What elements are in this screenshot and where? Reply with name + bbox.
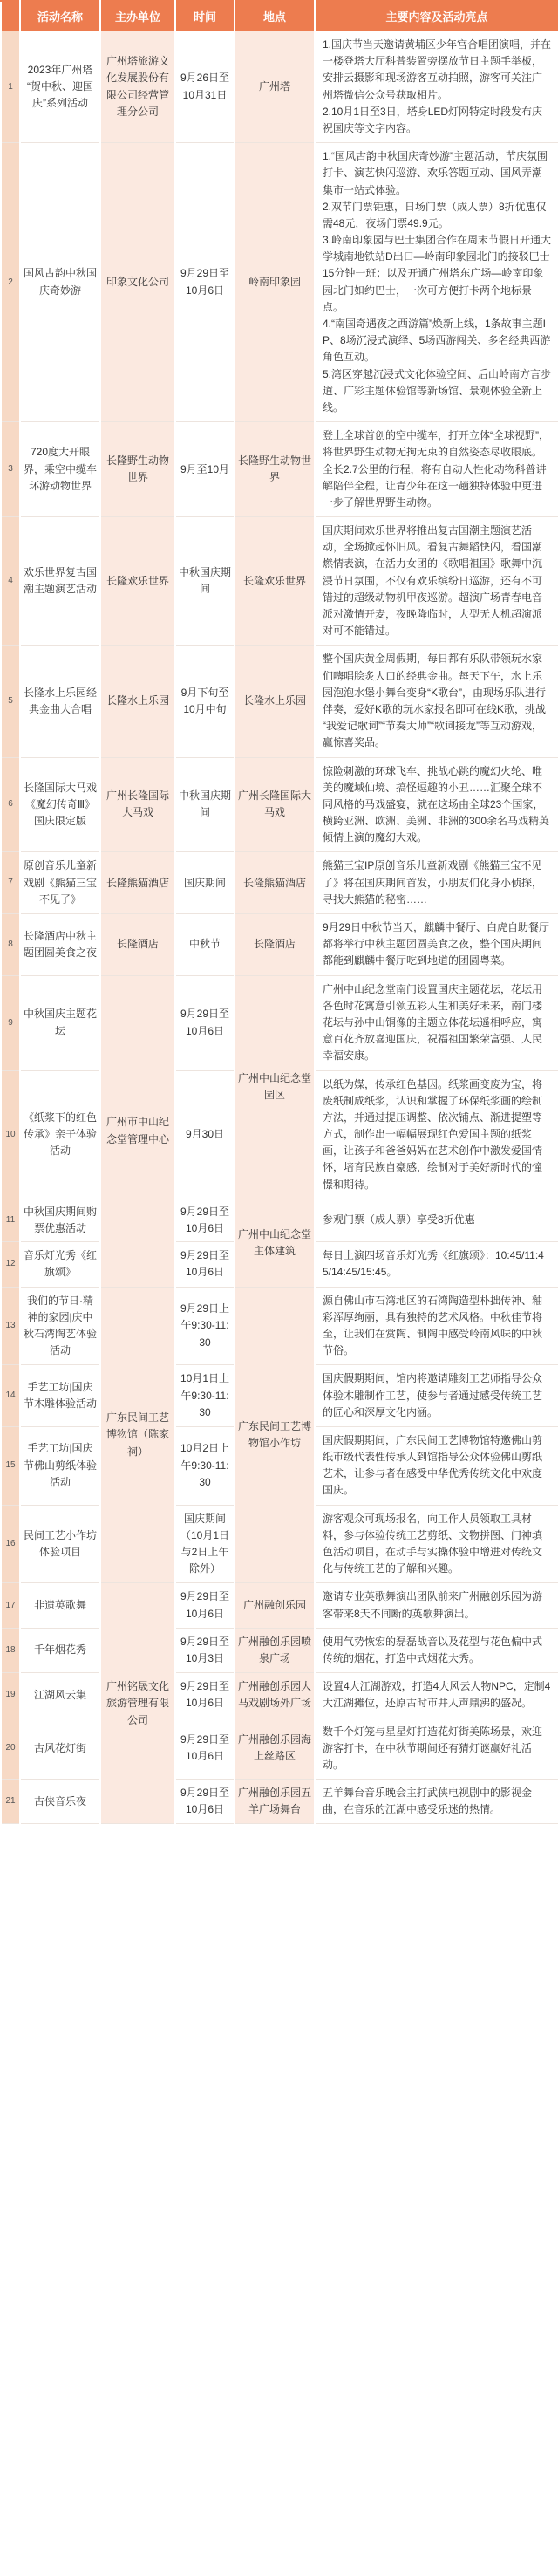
location-cell: 岭南印象园 bbox=[235, 143, 315, 422]
content-cell: 参观门票（成人票）享受8折优惠 bbox=[315, 1199, 558, 1241]
row-number-cell: 11 bbox=[1, 1199, 20, 1241]
table-row: 6长隆国际大马戏《魔幻传奇Ⅲ》国庆限定版广州长隆国际大马戏中秋国庆期间广州长隆国… bbox=[1, 757, 558, 852]
organizer-cell: 广州铭晟文化旅游管理有限公司 bbox=[100, 1583, 175, 1824]
content-cell: 1.“国风古韵中秋国庆奇妙游”主题活动，节庆氛围打卡、演艺快闪巡游、欢乐答题互动… bbox=[315, 143, 558, 422]
table-row: 17非遗英歌舞广州铭晟文化旅游管理有限公司9月29日至10月6日广州融创乐园邀请… bbox=[1, 1583, 558, 1628]
activity-name-cell: 2023年广州塔“贺中秋、迎国庆”系列活动 bbox=[20, 31, 100, 143]
row-number-cell: 10 bbox=[1, 1070, 20, 1199]
time-cell: 10月2日上午9:30-11:30 bbox=[175, 1426, 235, 1505]
content-cell: 使用气势恢宏的磊磊战音以及花型与花色偏中式传统的烟花，打造中式烟花大秀。 bbox=[315, 1628, 558, 1672]
location-cell: 广州融创乐园大马戏剧场外广场 bbox=[235, 1673, 315, 1718]
table-row: 11中秋国庆期间购票优惠活动9月29日至10月6日广州中山纪念堂主体建筑参观门票… bbox=[1, 1199, 558, 1241]
row-number-cell: 1 bbox=[1, 31, 20, 143]
content-cell: 数千个灯笼与星星灯打造花灯街美陈场景，欢迎游客打卡，在中秋节期间还有猜灯谜赢好礼… bbox=[315, 1718, 558, 1780]
time-cell: 中秋国庆期间 bbox=[175, 757, 235, 852]
time-cell: 国庆期间 bbox=[175, 852, 235, 914]
organizer-cell: 长隆水上乐园 bbox=[100, 646, 175, 757]
activity-name-cell: 《纸浆下的红色传承》亲子体验活动 bbox=[20, 1070, 100, 1199]
row-number-cell: 3 bbox=[1, 422, 20, 517]
row-number-cell: 6 bbox=[1, 757, 20, 852]
content-cell: 广州中山纪念堂南门设置国庆主题花坛，花坛用各色时花寓意引领五彩人生和美好未来，南… bbox=[315, 975, 558, 1070]
table-row: 9中秋国庆主题花坛广州市中山纪念堂管理中心9月29日至10月6日广州中山纪念堂园… bbox=[1, 975, 558, 1070]
time-cell: 9月26日至10月31日 bbox=[175, 31, 235, 143]
table-row: 18千年烟花秀9月29日至10月3日广州融创乐园喷泉广场使用气势恢宏的磊磊战音以… bbox=[1, 1628, 558, 1672]
location-cell: 长隆熊猫酒店 bbox=[235, 852, 315, 914]
activity-name-cell: 长隆水上乐园经典金曲大合唱 bbox=[20, 646, 100, 757]
time-cell: 9月29日至10月6日 bbox=[175, 1199, 235, 1241]
activity-name-cell: 长隆酒店中秋主题团圆美食之夜 bbox=[20, 914, 100, 976]
content-cell: 以纸为媒，传承红色基因。纸浆画变废为宝，将废纸制成纸浆，认识和掌握了环保纸浆画的… bbox=[315, 1070, 558, 1199]
location-cell: 广州中山纪念堂主体建筑 bbox=[235, 1199, 315, 1287]
table-body: 12023年广州塔“贺中秋、迎国庆”系列活动广州塔旅游文化发展股份有限公司经营管… bbox=[1, 31, 558, 1824]
row-number-cell: 21 bbox=[1, 1780, 20, 1824]
content-cell: 9月29日中秋节当天，麒麟中餐厅、白虎自助餐厅都将举行中秋主题团圆美食之夜，整个… bbox=[315, 914, 558, 976]
row-number-cell: 12 bbox=[1, 1242, 20, 1287]
events-table: 活动名称 主办单位 时间 地点 主要内容及活动亮点 12023年广州塔“贺中秋、… bbox=[0, 0, 558, 1824]
column-header-org: 主办单位 bbox=[100, 1, 175, 31]
content-cell: 游客观众可现场报名，向工作人员领取工具材料，参与体验传统工艺剪纸、文物拼图、门神… bbox=[315, 1505, 558, 1583]
location-cell: 广东民间工艺博物馆小作坊 bbox=[235, 1287, 315, 1583]
row-number-cell: 14 bbox=[1, 1365, 20, 1427]
table-row: 21古侠音乐夜9月29日至10月6日广州融创乐园五羊广场舞台五羊舞台音乐晚会主打… bbox=[1, 1780, 558, 1824]
time-cell: 9月29日至10月6日 bbox=[175, 1673, 235, 1718]
column-header-time: 时间 bbox=[175, 1, 235, 31]
header-row: 活动名称 主办单位 时间 地点 主要内容及活动亮点 bbox=[1, 1, 558, 31]
activity-name-cell: 中秋国庆期间购票优惠活动 bbox=[20, 1199, 100, 1241]
content-cell: 设置4大江湖游戏，打造4大风云人物NPC，定制4大江湖摊位，还原古时市井人声鼎沸… bbox=[315, 1673, 558, 1718]
table-row: 4欢乐世界复古国潮主题演艺活动长隆欢乐世界中秋国庆期间长隆欢乐世界国庆期间欢乐世… bbox=[1, 517, 558, 646]
content-cell: 源自佛山市石湾地区的石湾陶造型朴拙传神、釉彩浑厚绚丽，具有独特的艺术风格。中秋佳… bbox=[315, 1287, 558, 1365]
table-header: 活动名称 主办单位 时间 地点 主要内容及活动亮点 bbox=[1, 1, 558, 31]
location-cell: 长隆欢乐世界 bbox=[235, 517, 315, 646]
row-number-cell: 19 bbox=[1, 1673, 20, 1718]
row-number-cell: 18 bbox=[1, 1628, 20, 1672]
activity-name-cell: 欢乐世界复古国潮主题演艺活动 bbox=[20, 517, 100, 646]
location-cell: 长隆水上乐园 bbox=[235, 646, 315, 757]
time-cell: 9月29日至10月6日 bbox=[175, 975, 235, 1070]
row-number-cell: 5 bbox=[1, 646, 20, 757]
column-header-content: 主要内容及活动亮点 bbox=[315, 1, 558, 31]
content-cell: 惊险刺激的环球飞车、挑战心跳的魔幻火轮、唯美的魔域仙境、搞怪逗趣的小丑……汇聚全… bbox=[315, 757, 558, 852]
content-cell: 国庆假期期间，馆内将邀请雕刻工艺师指导公众体验木雕制作工艺，使参与者通过感受传统… bbox=[315, 1365, 558, 1427]
activity-name-cell: 音乐灯光秀《红旗颂》 bbox=[20, 1242, 100, 1287]
table-row: 12023年广州塔“贺中秋、迎国庆”系列活动广州塔旅游文化发展股份有限公司经营管… bbox=[1, 31, 558, 143]
activity-name-cell: 我们的节日·精神的家园|庆中秋石湾陶艺体验活动 bbox=[20, 1287, 100, 1365]
location-cell: 广州长隆国际大马戏 bbox=[235, 757, 315, 852]
location-cell: 长隆野生动物世界 bbox=[235, 422, 315, 517]
organizer-cell: 长隆欢乐世界 bbox=[100, 517, 175, 646]
organizer-cell: 广州市中山纪念堂管理中心 bbox=[100, 975, 175, 1287]
time-cell: 9月29日至10月6日 bbox=[175, 1242, 235, 1287]
activity-name-cell: 国风古韵中秋国庆奇妙游 bbox=[20, 143, 100, 422]
content-cell: 五羊舞台音乐晚会主打武侠电视剧中的影视金曲，在音乐的江湖中感受乐迷的热情。 bbox=[315, 1780, 558, 1824]
content-cell: 每日上演四场音乐灯光秀《红旗颂》：10:45/11:45/14:45/15:45… bbox=[315, 1242, 558, 1287]
organizer-cell: 广东民间工艺博物馆（陈家祠） bbox=[100, 1287, 175, 1583]
time-cell: 10月1日上午9:30-11:30 bbox=[175, 1365, 235, 1427]
row-number-cell: 2 bbox=[1, 143, 20, 422]
organizer-cell: 长隆熊猫酒店 bbox=[100, 852, 175, 914]
activity-name-cell: 江湖风云集 bbox=[20, 1673, 100, 1718]
organizer-cell: 广州塔旅游文化发展股份有限公司经营管理分公司 bbox=[100, 31, 175, 143]
table-row: 19江湖风云集9月29日至10月6日广州融创乐园大马戏剧场外广场设置4大江湖游戏… bbox=[1, 1673, 558, 1718]
content-cell: 整个国庆黄金周假期，每日都有乐队带领玩水家们嗨唱脍炙人口的经典金曲。每天下午，水… bbox=[315, 646, 558, 757]
table-row: 8长隆酒店中秋主题团圆美食之夜长隆酒店中秋节长隆酒店9月29日中秋节当天，麒麟中… bbox=[1, 914, 558, 976]
column-header-number bbox=[1, 1, 20, 31]
time-cell: 9月30日 bbox=[175, 1070, 235, 1199]
time-cell: 9月至10月 bbox=[175, 422, 235, 517]
content-cell: 熊猫三宝IP原创音乐儿童新戏剧《熊猫三宝不见了》将在国庆期间首发，小朋友们化身小… bbox=[315, 852, 558, 914]
column-header-name: 活动名称 bbox=[20, 1, 100, 31]
time-cell: 国庆期间（10月1日与2日上午除外） bbox=[175, 1505, 235, 1583]
activity-name-cell: 民间工艺小作坊体验项目 bbox=[20, 1505, 100, 1583]
time-cell: 9月29日至10月6日 bbox=[175, 1780, 235, 1824]
organizer-cell: 印象文化公司 bbox=[100, 143, 175, 422]
time-cell: 9月29日至10月6日 bbox=[175, 143, 235, 422]
location-cell: 广州融创乐园海上丝路区 bbox=[235, 1718, 315, 1780]
time-cell: 9月29日上午9:30-11:30 bbox=[175, 1287, 235, 1365]
activity-name-cell: 手艺工坊|国庆节木雕体验活动 bbox=[20, 1365, 100, 1427]
time-cell: 9月下旬至10月中旬 bbox=[175, 646, 235, 757]
content-cell: 国庆假期期间，广东民间工艺博物馆特邀佛山剪纸市级代表性传承人到馆指导公众体验佛山… bbox=[315, 1426, 558, 1505]
table-row: 13我们的节日·精神的家园|庆中秋石湾陶艺体验活动广东民间工艺博物馆（陈家祠）9… bbox=[1, 1287, 558, 1365]
content-cell: 邀请专业英歌舞演出团队前来广州融创乐园为游客带来8天不间断的英歌舞演出。 bbox=[315, 1583, 558, 1628]
row-number-cell: 4 bbox=[1, 517, 20, 646]
location-cell: 广州融创乐园喷泉广场 bbox=[235, 1628, 315, 1672]
time-cell: 9月29日至10月6日 bbox=[175, 1583, 235, 1628]
table-row: 5长隆水上乐园经典金曲大合唱长隆水上乐园9月下旬至10月中旬长隆水上乐园整个国庆… bbox=[1, 646, 558, 757]
time-cell: 9月29日至10月3日 bbox=[175, 1628, 235, 1672]
organizer-cell: 广州长隆国际大马戏 bbox=[100, 757, 175, 852]
activity-name-cell: 中秋国庆主题花坛 bbox=[20, 975, 100, 1070]
row-number-cell: 15 bbox=[1, 1426, 20, 1505]
table-row: 20古风花灯街9月29日至10月6日广州融创乐园海上丝路区数千个灯笼与星星灯打造… bbox=[1, 1718, 558, 1780]
row-number-cell: 16 bbox=[1, 1505, 20, 1583]
row-number-cell: 20 bbox=[1, 1718, 20, 1780]
content-cell: 国庆期间欢乐世界将推出复古国潮主题演艺活动，全场掀起怀旧风。看复古舞蹈快闪，看国… bbox=[315, 517, 558, 646]
table-row: 2国风古韵中秋国庆奇妙游印象文化公司9月29日至10月6日岭南印象园1.“国风古… bbox=[1, 143, 558, 422]
events-table-page: 活动名称 主办单位 时间 地点 主要内容及活动亮点 12023年广州塔“贺中秋、… bbox=[0, 0, 558, 1824]
row-number-cell: 8 bbox=[1, 914, 20, 976]
activity-name-cell: 千年烟花秀 bbox=[20, 1628, 100, 1672]
activity-name-cell: 原创音乐儿童新戏剧《熊猫三宝不见了》 bbox=[20, 852, 100, 914]
row-number-cell: 9 bbox=[1, 975, 20, 1070]
location-cell: 广州融创乐园 bbox=[235, 1583, 315, 1628]
row-number-cell: 13 bbox=[1, 1287, 20, 1365]
location-cell: 长隆酒店 bbox=[235, 914, 315, 976]
time-cell: 中秋国庆期间 bbox=[175, 517, 235, 646]
table-row: 3720度大开眼界，乘空中缆车环游动物世界长隆野生动物世界9月至10月长隆野生动… bbox=[1, 422, 558, 517]
location-cell: 广州中山纪念堂园区 bbox=[235, 975, 315, 1199]
activity-name-cell: 古风花灯街 bbox=[20, 1718, 100, 1780]
organizer-cell: 长隆酒店 bbox=[100, 914, 175, 976]
time-cell: 中秋节 bbox=[175, 914, 235, 976]
content-cell: 1.国庆节当天邀请黄埔区少年宫合唱团演唱，并在一楼登塔大厅科普装置旁摆放节日主题… bbox=[315, 31, 558, 143]
column-header-loc: 地点 bbox=[235, 1, 315, 31]
organizer-cell: 长隆野生动物世界 bbox=[100, 422, 175, 517]
activity-name-cell: 长隆国际大马戏《魔幻传奇Ⅲ》国庆限定版 bbox=[20, 757, 100, 852]
table-row: 7原创音乐儿童新戏剧《熊猫三宝不见了》长隆熊猫酒店国庆期间长隆熊猫酒店熊猫三宝I… bbox=[1, 852, 558, 914]
time-cell: 9月29日至10月6日 bbox=[175, 1718, 235, 1780]
row-number-cell: 17 bbox=[1, 1583, 20, 1628]
content-cell: 登上全球首创的空中缆车，打开立体“全球视野”，将世界野生动物无拘无束的自然姿态尽… bbox=[315, 422, 558, 517]
location-cell: 广州塔 bbox=[235, 31, 315, 143]
activity-name-cell: 古侠音乐夜 bbox=[20, 1780, 100, 1824]
location-cell: 广州融创乐园五羊广场舞台 bbox=[235, 1780, 315, 1824]
activity-name-cell: 手艺工坊|国庆节佛山剪纸体验活动 bbox=[20, 1426, 100, 1505]
row-number-cell: 7 bbox=[1, 852, 20, 914]
activity-name-cell: 720度大开眼界，乘空中缆车环游动物世界 bbox=[20, 422, 100, 517]
activity-name-cell: 非遗英歌舞 bbox=[20, 1583, 100, 1628]
